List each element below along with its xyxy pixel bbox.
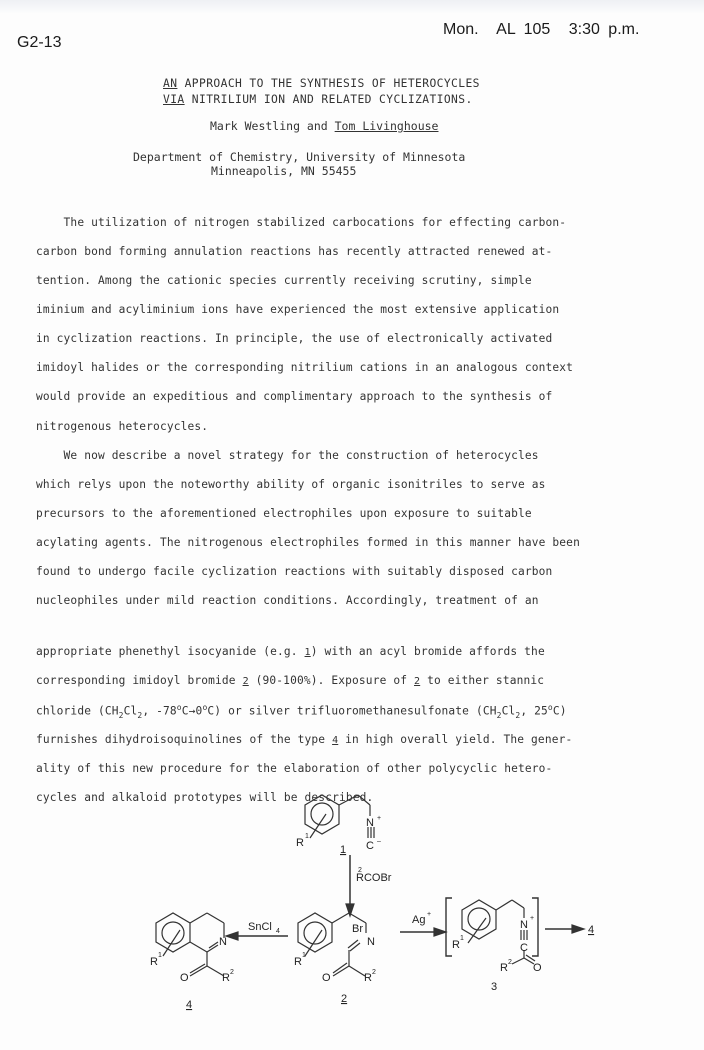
svg-text:O: O	[322, 972, 331, 984]
svg-text:1: 1	[302, 952, 306, 959]
session-day: Mon.	[443, 21, 479, 38]
abstract-line-18: furnishes dihydroisoquinolines of the ty…	[36, 733, 572, 746]
session-time: 3:30 p.m.	[569, 21, 640, 38]
svg-text:C: C	[520, 942, 528, 954]
compound-3-structure	[462, 900, 535, 964]
svg-text:+: +	[530, 915, 534, 922]
reagent-silver: Ag	[412, 914, 425, 926]
abstract-line-3: tention. Among the cationic species curr…	[36, 274, 532, 287]
abstract-line-11: precursors to the aforementioned electro…	[36, 507, 532, 520]
svg-text:R: R	[364, 972, 372, 984]
abstract-line-8: nitrogenous heterocycles.	[36, 420, 208, 433]
abstract-line-12: acylating agents. The nitrogenous electr…	[36, 536, 580, 549]
svg-text:R: R	[296, 837, 304, 849]
reagent-sncl4: SnCl	[248, 921, 272, 933]
abstract-line-7: would provide an expeditious and complim…	[36, 390, 552, 403]
reaction-scheme: R 1 N + C – 1 RCOBr 2 N R 1 O R 2 4 SnCl…	[0, 780, 704, 1050]
abstract-line-4: iminium and acyliminium ions have experi…	[36, 303, 559, 316]
compound-1-structure	[305, 795, 374, 838]
svg-text:–: –	[377, 838, 381, 845]
abstract-line-1: The utilization of nitrogen stabilized c…	[36, 216, 566, 229]
compound-4-structure	[156, 913, 224, 976]
abstract-line-6: imidoyl halides or the corresponding nit…	[36, 361, 573, 374]
svg-text:N: N	[219, 936, 227, 948]
presenting-author: Tom Livinghouse	[335, 119, 439, 133]
svg-text:1: 1	[305, 833, 309, 840]
abstract-line-2: carbon bond forming annulation reactions…	[36, 245, 552, 258]
svg-text:O: O	[180, 972, 189, 984]
session-room: AL 105	[496, 21, 550, 38]
compound-3-label: 3	[491, 981, 497, 993]
affiliation-city: Minneapolis, MN 55455	[211, 164, 356, 178]
abstract-line-10: which relys upon the noteworthy ability …	[36, 478, 546, 491]
paper-title-line-1: AN APPROACH TO THE SYNTHESIS OF HETEROCY…	[163, 77, 480, 90]
svg-text:C: C	[366, 840, 374, 852]
svg-text:R: R	[452, 939, 460, 951]
session-info: Mon. AL 105 3:30 p.m.	[443, 21, 649, 39]
authors: Mark Westling and Tom Livinghouse	[210, 119, 438, 133]
svg-text:N: N	[520, 919, 528, 931]
abstract-line-16: corresponding imidoyl bromide 2 (90-100%…	[36, 674, 544, 687]
abstract-line-14: nucleophiles under mild reaction conditi…	[36, 594, 539, 607]
svg-text:N: N	[367, 936, 375, 948]
svg-text:Br: Br	[352, 923, 363, 935]
svg-text:R: R	[222, 972, 230, 984]
paper-title-line-2: VIA NITRILIUM ION AND RELATED CYCLIZATIO…	[163, 93, 473, 106]
svg-text:R: R	[294, 956, 302, 968]
svg-text:R: R	[150, 956, 158, 968]
svg-text:2: 2	[358, 867, 362, 874]
svg-text:+: +	[377, 815, 381, 822]
svg-text:2: 2	[372, 969, 376, 976]
svg-text:1: 1	[158, 952, 162, 959]
svg-text:4: 4	[276, 928, 280, 935]
svg-text:+: +	[427, 911, 431, 918]
abstract-line-17: chloride (CH2Cl2, -78oC→0oC) or silver t…	[36, 703, 567, 720]
svg-text:N: N	[366, 817, 374, 829]
svg-text:1: 1	[460, 935, 464, 942]
product-4-label: 4	[588, 924, 594, 936]
svg-text:2: 2	[508, 959, 512, 966]
compound-2-label: 2	[341, 993, 347, 1005]
abstract-line-13: found to undergo facile cyclization reac…	[36, 565, 552, 578]
svg-text:O: O	[533, 962, 542, 974]
abstract-line-15: appropriate phenethyl isocyanide (e.g. 1…	[36, 645, 545, 658]
abstract-line-19: ality of this new procedure for the elab…	[36, 762, 552, 775]
affiliation-department: Department of Chemistry, University of M…	[133, 150, 465, 164]
scan-shadow	[0, 0, 704, 14]
svg-text:R: R	[500, 962, 508, 974]
reaction-scheme-drawing: R 1 N + C – 1 RCOBr 2 N R 1 O R 2 4 SnCl…	[0, 780, 704, 1050]
abstract-line-5: in cyclization reactions. In principle, …	[36, 332, 552, 345]
compound-1-label: 1	[340, 844, 346, 856]
svg-text:2: 2	[230, 969, 234, 976]
compound-4-label: 4	[186, 999, 192, 1011]
session-code: G2-13	[17, 34, 61, 52]
abstract-line-9: We now describe a novel strategy for the…	[36, 449, 539, 462]
